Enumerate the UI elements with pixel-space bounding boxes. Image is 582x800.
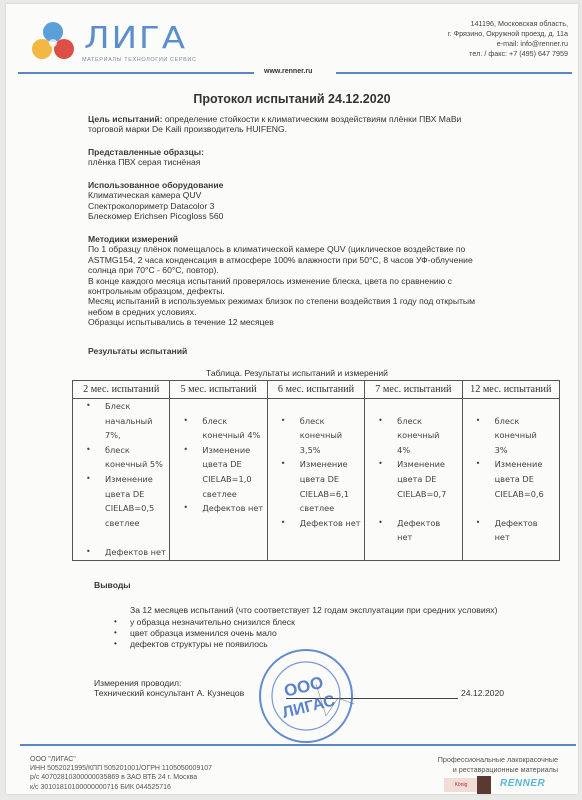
conclusions-heading: Выводы — [94, 580, 564, 590]
logo-wordmark: ЛИГА — [84, 20, 187, 56]
table-cell: блескконечный 4%Изменениецвета DECIELAB=… — [170, 399, 267, 561]
equipment-label: Использованное оборудование — [88, 180, 558, 190]
table-cell: блескконечный3,5%Изменениецвета DECIELAB… — [267, 399, 364, 561]
result-item-line: светлее — [300, 501, 364, 516]
methods-section: Методики измерений По 1 образцу плёнок п… — [88, 234, 558, 328]
result-item-line — [495, 501, 559, 516]
tagline-line: Профессиональные лакокрасочные — [438, 755, 558, 765]
result-item-line: нет — [495, 530, 559, 545]
results-table: 2 мес. испытаний 5 мес. испытаний 6 мес.… — [72, 380, 560, 561]
result-list: блескконечный3,5%Изменениецвета DECIELAB… — [268, 399, 364, 530]
result-item-line: Изменение — [397, 457, 461, 472]
bullet-icon: • — [114, 617, 117, 626]
methods-line: небом в средних условиях. — [88, 307, 558, 317]
result-list: Блескначальный7%,блескконечный 5%Изменен… — [73, 399, 169, 560]
result-item: блескконечный3% — [467, 414, 559, 458]
goal-text-cont: торговой марки De Kaili производитель HU… — [88, 124, 558, 134]
result-item-line: цвета DE — [105, 487, 169, 502]
table-cell: блескконечный4%Изменениецвета DECIELAB=0… — [365, 399, 462, 561]
results-section: Результаты испытаний — [88, 346, 558, 356]
result-item-line: CIELAB=0,5 — [105, 501, 169, 516]
column-header: 12 мес. испытаний — [462, 381, 559, 399]
result-item-line: Изменение — [105, 472, 169, 487]
result-item-line: блеск — [105, 443, 169, 458]
samples-label: Представленные образцы: — [88, 147, 558, 157]
equipment-item: Спектроколориметр Datacolor 3 — [88, 201, 558, 211]
result-item: Дефектов нет — [272, 516, 364, 531]
column-header: 5 мес. испытаний — [170, 381, 267, 399]
footer-tagline: Профессиональные лакокрасочные и реставр… — [438, 755, 558, 774]
equipment-item: Климатическая камера QUV — [88, 190, 558, 200]
methods-line: По 1 образцу плёнок помещалось в климати… — [88, 244, 558, 254]
result-item-line: конечный — [300, 428, 364, 443]
result-item: Изменениецвета DECIELAB=0,7 — [369, 457, 461, 515]
footer-divider — [20, 744, 576, 746]
result-item-line: конечный — [397, 428, 461, 443]
result-list: блескконечный 4%Изменениецвета DECIELAB=… — [170, 399, 266, 516]
samples-text: плёнка ПВХ серая тиснёная — [88, 157, 558, 167]
ligas-logo-icon — [30, 18, 76, 62]
result-item: блескконечный4% — [369, 414, 461, 458]
result-item: Изменениецвета DECIELAB=1,0светлее — [174, 443, 266, 501]
table-header-row: 2 мес. испытаний 5 мес. испытаний 6 мес.… — [73, 381, 560, 399]
result-list: блескконечный4%Изменениецвета DECIELAB=0… — [365, 399, 461, 545]
address-line: г. Фрязино, Окружной проезд, д. 11а — [448, 29, 568, 39]
table-cell: Блескначальный7%,блескконечный 5%Изменен… — [73, 399, 170, 561]
column-header: 2 мес. испытаний — [73, 381, 170, 399]
result-item-line: цвета DE — [495, 472, 559, 487]
header-website: www.renner.ru — [264, 68, 312, 75]
result-item: Дефектов нет — [174, 501, 266, 516]
bank-account: р/с 40702810300000035869 в ЗАО ВТБ 24 г.… — [30, 773, 212, 782]
result-item-line: светлее — [105, 516, 169, 531]
equipment-section: Использованное оборудование Климатическа… — [88, 180, 558, 222]
result-item: Дефектовнет — [467, 516, 559, 545]
email-line: e-mail: info@renner.ru — [448, 39, 568, 49]
result-item-line: Дефектов нет — [202, 501, 266, 516]
result-item-line: CIELAB=1,0 — [202, 472, 266, 487]
result-item-line: Дефектов нет — [105, 545, 169, 560]
table-cell: блескконечный3%Изменениецвета DECIELAB=0… — [462, 399, 559, 561]
result-item: Блескначальный7%, — [77, 399, 169, 443]
bullet-icon: • — [114, 628, 117, 637]
tagline-line: и реставрационные материалы — [438, 765, 558, 775]
conclusion-item: дефектов структуры не появилось — [130, 639, 268, 649]
result-list: блескконечный3%Изменениецвета DECIELAB=0… — [463, 399, 559, 545]
result-item-line: цвета DE — [397, 472, 461, 487]
conclusion-item: цвет образца изменился очень мало — [130, 628, 277, 638]
header-divider-left — [18, 72, 254, 74]
result-item-line: Блеск — [105, 399, 169, 414]
result-item-line: 7%, — [105, 428, 169, 443]
result-item-line: цвета DE — [300, 472, 364, 487]
result-item-line: Дефектов — [495, 516, 559, 531]
result-item: Изменениецвета DECIELAB=0,5светлее — [77, 472, 169, 545]
column-header: 6 мес. испытаний — [267, 381, 364, 399]
bullet-icon: • — [114, 639, 117, 648]
result-item-line: светлее — [202, 487, 266, 502]
header-address: 141196, Московская область, г. Фрязино, … — [448, 19, 568, 59]
result-item-line: конечный 4% — [202, 428, 266, 443]
company-stamp-icon: ООО ЛИГАС — [256, 646, 356, 746]
result-item: Изменениецвета DECIELAB=6,1светлее — [272, 457, 364, 515]
column-header: 7 мес. испытаний — [365, 381, 462, 399]
result-item-line: 3% — [495, 443, 559, 458]
konig-logo-icon: König — [444, 778, 478, 792]
conclusion-item: у образца незначительно снизился блеск — [130, 617, 295, 627]
result-item-line: Изменение — [495, 457, 559, 472]
result-item-line: Изменение — [300, 457, 364, 472]
result-item-line: блеск — [300, 414, 364, 429]
result-item-line: 3,5% — [300, 443, 364, 458]
footer-company-details: ООО "ЛИГАС" ИНН 5052021995/КПП 505201001… — [30, 755, 212, 792]
result-item: блескконечный3,5% — [272, 414, 364, 458]
methods-line: контрольным образцом, дефекты. — [88, 286, 558, 296]
conclusions-intro: За 12 месяцев испытаний (что соответству… — [130, 605, 497, 615]
table-row: Блескначальный7%,блескконечный 5%Изменен… — [73, 399, 560, 561]
result-item-line: CIELAB=0,7 — [397, 487, 461, 502]
result-item-line — [397, 501, 461, 516]
logo-subtitle: Материалы технологии сервис — [82, 57, 197, 63]
result-item-line: 4% — [397, 443, 461, 458]
methods-line: Образцы испытывались в течение 12 месяце… — [88, 317, 558, 327]
renner-logo-icon: RENNER — [500, 778, 545, 789]
phone-line: тел. / факс: +7 (495) 647 7959 — [448, 49, 568, 59]
methods-line: В конце каждого месяца испытаний проверя… — [88, 276, 558, 286]
table-caption: Таблица. Результаты испытаний и измерени… — [206, 368, 388, 378]
result-item-line: блеск — [202, 414, 266, 429]
result-item-line: нет — [397, 530, 461, 545]
results-label: Результаты испытаний — [88, 346, 558, 356]
company-name: ООО "ЛИГАС" — [30, 755, 212, 764]
result-item-line — [105, 530, 169, 545]
result-item-line: блеск — [397, 414, 461, 429]
conclusions-label: Выводы — [94, 580, 564, 590]
konig-emblem-icon — [477, 776, 491, 794]
result-item: блескконечный 5% — [77, 443, 169, 472]
methods-label: Методики измерений — [88, 234, 558, 244]
result-item-line: CIELAB=6,1 — [300, 487, 364, 502]
result-item-line: блеск — [495, 414, 559, 429]
result-item-line: конечный — [495, 428, 559, 443]
result-item-line: конечный 5% — [105, 457, 169, 472]
result-item-line: Дефектов нет — [300, 516, 364, 531]
goal-text: определение стойкости к климатическим во… — [163, 114, 462, 124]
samples-section: Представленные образцы: плёнка ПВХ серая… — [88, 147, 558, 168]
result-item-line: цвета DE — [202, 457, 266, 472]
result-item-line: Изменение — [202, 443, 266, 458]
result-item: Дефектов нет — [77, 545, 169, 560]
methods-line: Месяц испытаний в используемых режимах б… — [88, 296, 558, 306]
result-item: Изменениецвета DECIELAB=0,6 — [467, 457, 559, 515]
result-item: блескконечный 4% — [174, 414, 266, 443]
methods-line: солнца при 70°С - 60°С, повтор). — [88, 265, 558, 275]
equipment-item: Блескомер Erichsen Picogloss 560 — [88, 211, 558, 221]
company-ids: ИНН 5052021995/КПП 505201001/ОГРН 110505… — [30, 764, 212, 773]
address-line: 141196, Московская область, — [448, 19, 568, 29]
signature-date: 24.12.2020 — [461, 688, 541, 698]
goal-label: Цель испытаний: — [88, 114, 163, 124]
methods-line: ASTMG154, 2 часа конденсация в атмосфере… — [88, 255, 558, 265]
result-item-line: Дефектов — [397, 516, 461, 531]
result-item-line: CIELAB=0,6 — [495, 487, 559, 502]
document-page: ЛИГА Материалы технологии сервис 141196,… — [6, 4, 578, 794]
goal-section: Цель испытаний: определение стойкости к … — [88, 114, 558, 135]
corr-account: к/с 30101810100000000716 БИК 044525716 — [30, 783, 212, 792]
header-divider-right — [336, 72, 572, 74]
result-item: Дефектовнет — [369, 516, 461, 545]
page-title: Протокол испытаний 24.12.2020 — [6, 92, 578, 106]
result-item-line: начальный — [105, 414, 169, 429]
